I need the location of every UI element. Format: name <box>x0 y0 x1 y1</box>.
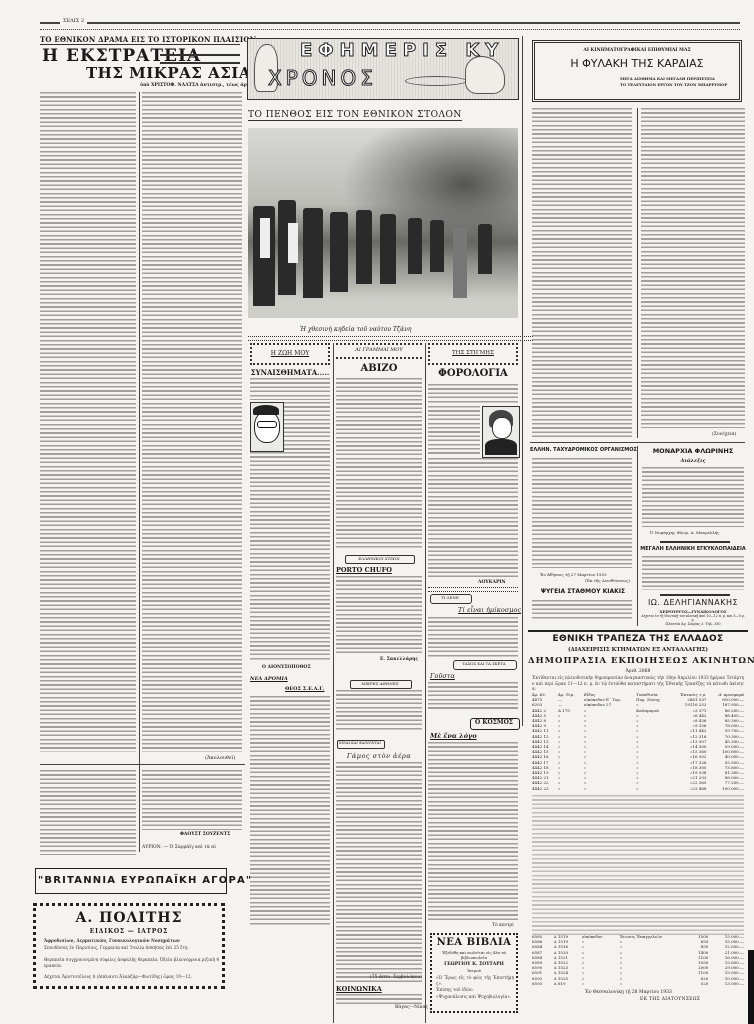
koinonika-signature: (75 ἀπτο. Σερβολόκου) <box>370 975 422 980</box>
books-title: ΝΕΑ ΒΙΒΛΙΑ <box>432 937 516 948</box>
column-divider <box>425 343 426 1023</box>
photo-headline: ΤΟ ΠΕΝΘΟΣ ΕΙΣ ΤΟΝ ΕΘΝΙΚΟΝ ΣΤΟΛΟΝ <box>248 110 462 121</box>
poem-section: ΕΛΛΗΝΙΚΟΙ ΣΤΙΧΟΙ <box>345 556 413 561</box>
left-article-signature: (Ἀκολουθεῖ) <box>205 755 235 761</box>
synaisthimata-headline: ΣΥΝΑΙΣΘΗΜΑΤΑ..... <box>250 368 330 377</box>
left-headline-line2: ΤΗΣ ΜΙΚΡΑΣ ΑΣΙΑΣ <box>86 64 262 82</box>
bank-headline: ΔΗΜΟΠΡΑΣΙΑ ΕΚΠΟΙΗΣΕΩΣ ΑΚΙΝΗΤΩΝ <box>528 656 748 666</box>
fridge-title: ΨΥΓΕΙΑ ΣΤΑΘΜΟΥ ΚΙΑΚΙΣ <box>530 588 636 595</box>
seag-sub: ΘΕΟΣ Σ.Ε.Α.Γ. <box>285 686 325 692</box>
left-article-col2 <box>142 92 242 752</box>
dionysopothos-signature: Ο ΔΙΟΝΥΣΟΠΟΘΟΣ <box>262 665 311 670</box>
loukarin-signature: ΛΟΥΚΑΡΙΝ <box>478 580 506 585</box>
forologia-text2 <box>428 406 480 454</box>
bank-ref: Ἀριθ. 2068 <box>528 669 748 674</box>
mikres-text <box>336 690 422 730</box>
auction-row: 4442 23»»»»23 468100.000.— <box>530 786 746 791</box>
auction-table-tail: 6585Δ 1519οἰκόπεδονἙνωσις Ἐπαγγελιῶν1500… <box>530 934 746 986</box>
zoi-mou-label: Η ΖΩΗ ΜΟΥ <box>250 350 330 357</box>
left-byline: ὑπὸ ΧΡΙΣΤΟΦ. ΝΑΛΤΣΑ ἀντιστρ., τέως ἀρχηγ… <box>140 83 262 88</box>
column-divider <box>333 343 334 1023</box>
britannia-ad-text: "BRITANNIA ΕΥΡΩΠΑΪΚΗ ΑΓΟΡΑ" <box>38 875 224 886</box>
feature-signature: (Συνέχεια) <box>712 432 736 437</box>
column-divider <box>637 446 638 626</box>
auction-cell: » <box>580 981 618 986</box>
auction-tail-rows: 6585Δ 1519οἰκόπεδονἙνωσις Ἐπαγγελιῶν1500… <box>530 934 746 986</box>
deligiannakis-hours: Δέχεται ἐν τῇ ἰδιωτικῇ του κλινικῇ ἀπὸ 1… <box>640 614 746 622</box>
politis-title: ΕΙΔΙΚΟΣ — ΙΑΤΡΟΣ <box>36 928 222 935</box>
stigmis-label: ΤΗΣ ΣΤΙΓΜΗΣ <box>428 350 518 356</box>
auction-row: 6593Δ 619»»52013.000.— <box>530 981 746 986</box>
gousta-headline: Γοῦστα <box>430 672 455 680</box>
photo-figure <box>408 218 422 274</box>
kosmos-text <box>428 742 518 922</box>
bank-place-date: Ἐν Θεσσαλονίκῃ τῇ 28 Μαρτίου 1933 <box>585 990 672 995</box>
monarchy-sub: Διάλεξις <box>640 458 746 464</box>
politis-text2: Θεραπεία συγχρονισμένη σύφιλις ἀσφαλὴς θ… <box>44 957 219 974</box>
synaisthimata-text <box>250 378 330 400</box>
politis-speciality: Ἀφροδισίων, Δερματικῶν, Γυναικολογικῶν Ν… <box>44 938 219 944</box>
kentri-signature: Τὸ κεντρί <box>492 923 514 928</box>
bank-rule <box>528 630 748 632</box>
bank-signature: ΕΚ ΤΗΣ ΔΙΑΤΟΥΝΣΕΩΣ <box>640 997 700 1002</box>
koinonika-headline: ΚΟΙΝΩΝΙΚΑ <box>336 985 382 993</box>
auction-cell: »23 468 <box>669 786 708 791</box>
loukarin-rule <box>428 587 518 592</box>
caricature-hair <box>253 405 279 415</box>
left-article-col1 <box>40 92 136 752</box>
photo-figure <box>430 220 444 272</box>
divider <box>530 442 745 443</box>
eisai-section: ΕΙΝΑΙ ΚΑΙ ΦΑΙΝΟΝΤΑΙ <box>337 741 383 745</box>
column-divider <box>637 108 638 438</box>
auction-continued-rows <box>532 795 744 935</box>
books-author: ΓΕΩΡΓΙΟΥ Κ. ΣΟΥΤΑΡΗ <box>432 962 516 967</box>
auction-cell: 4442 23 <box>530 786 556 791</box>
auction-table: Ἀρ. Κτ.Ἀρ. Τεμ.ΕἶδοςΤοποθεσίαἜκτασις τ.μ… <box>530 692 746 791</box>
encyclopedia-rule <box>660 541 730 543</box>
books-role: Ἰατροῦ <box>432 968 516 973</box>
feature-title: Η ΦΥΛΑΚΗ ΤΗΣ ΚΑΡΔΙΑΣ <box>532 57 742 70</box>
auction-cell: 13.000.— <box>710 981 746 986</box>
deligiannakis-name: ΙΩ. ΔΕΛΗΓΙΑΝΝΑΚΗΣ <box>640 598 746 607</box>
photo-figure <box>356 210 372 284</box>
feature-text-col2 <box>641 108 745 428</box>
banner-line2: ΧΡΟΝΟΣ <box>268 66 377 90</box>
forologia-text3 <box>428 458 518 578</box>
auction-cell: 520 <box>689 981 711 986</box>
feature-sub1: ΜΕΓΑ ΑΙΣΘΗΜΑ ΚΑΙ ΜΕΓΑΛΗ ΠΕΡΙΠΕΤΕΙΑ <box>620 76 715 81</box>
photo-figure <box>453 228 467 298</box>
feature-sub2: ΤΟ ΤΕΛΕΥΤΑΙΟΝ ΕΡΓΟΝ ΤΟΥ ΤΖΟΝ ΜΠΑΡΡΥΜΟΡ <box>620 82 727 87</box>
divider <box>40 764 245 765</box>
feature-text-col1 <box>532 108 632 438</box>
page-number: ΣΕΛΙΣ 2 <box>60 18 87 24</box>
avizo-headline: ΑΒΙΖΟ <box>336 363 422 374</box>
auction-cell: » <box>582 786 634 791</box>
encyclopedia-text <box>642 556 744 590</box>
seag-text <box>250 696 330 926</box>
auction-cell: 100.000.— <box>708 786 746 791</box>
kosmos-label: Ο ΚΟΣΜΟΣ <box>470 719 518 726</box>
auction-cell: » <box>618 981 689 986</box>
photo-figure <box>380 214 396 284</box>
photo-figure <box>330 212 348 292</box>
ti-lene-label: ΤΙ ΛΕΝΕ <box>430 595 470 600</box>
encyclopedia-title: ΜΕΓΑΛΗ ΕΛΛΗΝΙΚΗ ΕΓΚΥΚΛΟΠΑΙΔΕΙΑ <box>640 546 746 552</box>
photo-figure <box>303 208 323 298</box>
avizo-text <box>336 378 422 548</box>
org-text <box>532 458 632 568</box>
bank-title: ΕΘΝΙΚΗ ΤΡΑΠΕΖΑ ΤΗΣ ΕΛΛΑΔΟΣ <box>528 634 748 644</box>
fausts-lead: ΑΥΡΙΟΝ. — Ὁ Σαρρὰϊγ καὶ τὰ αἱ <box>142 845 216 850</box>
kosmos-headline: Μὲ ἕνα λόγο <box>430 732 477 740</box>
synaisthimata-text3 <box>250 452 330 662</box>
forologia-text <box>428 384 518 404</box>
synaisthimata-text2 <box>284 402 330 450</box>
photo-caption: Ἡ χθεσινὴ κηδεία τοῦ ναύτου Τζάνη <box>300 326 411 333</box>
auction-cell: 6593 <box>530 981 552 986</box>
books-sub: Ἐξεδόθη καὶ πωλεῖται εἰς ὅλα τὰ βιβλιοπω… <box>434 951 514 961</box>
bank-subtitle: (ΔΙΑΧΕΙΡΙΣΙΣ ΚΤΗΜΑΤΩΝ ΕΞ ΑΝΤΑΛΛΑΓΗΣ) <box>528 647 748 653</box>
page-edge-shadow <box>748 950 754 1024</box>
deligiannakis-address: Πλατεῖα Ἁγ. Σοφίας 3. Τηλ. 350 <box>640 622 746 626</box>
left-kicker: ΤΟ ΕΘΝΙΚΟΝ ΔΡΑΜΑ ΕΙΣ ΤΟ ΙΣΤΟΡΙΚΟΝ ΠΛΑΙΣΙ… <box>40 35 240 45</box>
forologia-headline: ΦΟΡΟΛΟΓΙΑ <box>428 368 518 379</box>
monarchy-signature: Ὁ Νομάρχης Φλώρ. Α. Μαυρελλής <box>650 530 719 535</box>
books-item3: «Ψυχανάλυσις καὶ Ψυχοβιολογία». <box>436 994 514 1005</box>
monarchy-title: ΜΟΝΑΡΧΙΑ ΦΛΩΡΙΝΗΣ <box>640 447 746 455</box>
auction-cell: Δ 619 <box>552 981 580 986</box>
org-date: Ἐν Ἀθήναις τῇ 27 Μαρτίου 1933 <box>540 572 606 577</box>
caricature-glasses <box>257 421 277 428</box>
photo-wreath <box>288 223 298 263</box>
gamos-text <box>336 762 422 982</box>
org-title: ΕΛΛΗΝ. ΤΑΧΥΔΡΟΜΙΚΟΣ ΟΡΓΑΝΙΣΜΟΣ <box>530 447 636 453</box>
auction-rows: 4475—οἰκόπεδον Ε΄ Τομ.Πορ. Ζώνης2861 537… <box>530 697 746 791</box>
column-divider <box>139 92 140 852</box>
seag-headline: ΝΕΑ ΔΡΟΜΙΑ <box>250 676 288 682</box>
caricature-portrait <box>250 402 284 452</box>
poem-text <box>336 576 422 656</box>
left-lower-col2 <box>142 770 242 830</box>
photo-wreath <box>260 218 270 258</box>
banner-tray-icon <box>405 76 467 86</box>
politis-text1: Σπουδάσας ἐν Παρισίοις, Γερμανίᾳ καὶ Ἰτα… <box>44 945 219 956</box>
photo-caption-rule <box>248 336 533 341</box>
org-signature: (Ἐκ τῆς Διευθύνσεως) <box>585 578 630 583</box>
poem-title: PORTO CHUFO <box>336 566 392 574</box>
woman-portrait <box>482 406 520 458</box>
gamos-headline: Γάμος στὸν ἀέρα <box>336 752 422 760</box>
feature-kicker: ΑΙ ΚΙΝΗΜΑΤΟΓΡΑΦΙΚΑΙ ΕΠΙΘΥΜΙΑΙ ΜΑΣ <box>532 48 742 53</box>
fridge-text <box>532 600 632 620</box>
books-item1: «Ὁ Ἔρως εἰς τὸ φῶς τῆς Ἐπιστήμης». <box>436 975 514 986</box>
mikres-section: ΜΙΚΡΕΣ ΑΘΗΝΕΣ <box>350 681 410 686</box>
imikosmos-headline: Τί εἶναι ἡμίκοσμος <box>458 606 521 614</box>
politis-text3: Δέχεται Ἀριστοτέλους 8 (ἀπέναντι Ἀλκαζάρ… <box>44 974 219 985</box>
header-strip <box>40 22 740 30</box>
auction-cell: » <box>634 786 669 791</box>
photo-figure <box>478 224 492 274</box>
woman-shoulders <box>485 439 517 455</box>
koinonika-end: Βάγας—Νίκας <box>395 1005 428 1010</box>
monarchy-text <box>642 467 744 527</box>
grammai-label: ΑΙ ΓΡΑΜΜΑΙ ΜΟΥ <box>336 347 422 353</box>
auction-cell: » <box>556 786 582 791</box>
headline-rule <box>160 54 240 64</box>
gousta-text <box>428 682 518 710</box>
woman-face <box>492 417 512 439</box>
doctor-rule <box>660 594 730 596</box>
tasia-label: ΤΑΣΟΣ ΚΑΙ ΤΑ ΣΚΕΤΑ <box>453 661 515 666</box>
imikosmos-text <box>428 617 518 657</box>
bank-intro: Ἐκτίθενται εἰς πλειοδοτικὴν δημοπρασίαν … <box>532 675 744 692</box>
books-item2: Ἐπίσης τοῦ ἰδίου. <box>436 987 514 993</box>
politis-name: Α. ΠΟΛΙΤΗΣ <box>36 910 222 926</box>
poem-author: Ε. Σακελλάρης <box>380 657 418 662</box>
column-divider <box>522 36 523 726</box>
fausts-signature: ΦΑΟΥΣΤ ΣΟΥΖΕΝΤΣ <box>180 832 230 837</box>
funeral-photo <box>248 128 518 318</box>
left-lower-col1 <box>40 770 136 855</box>
